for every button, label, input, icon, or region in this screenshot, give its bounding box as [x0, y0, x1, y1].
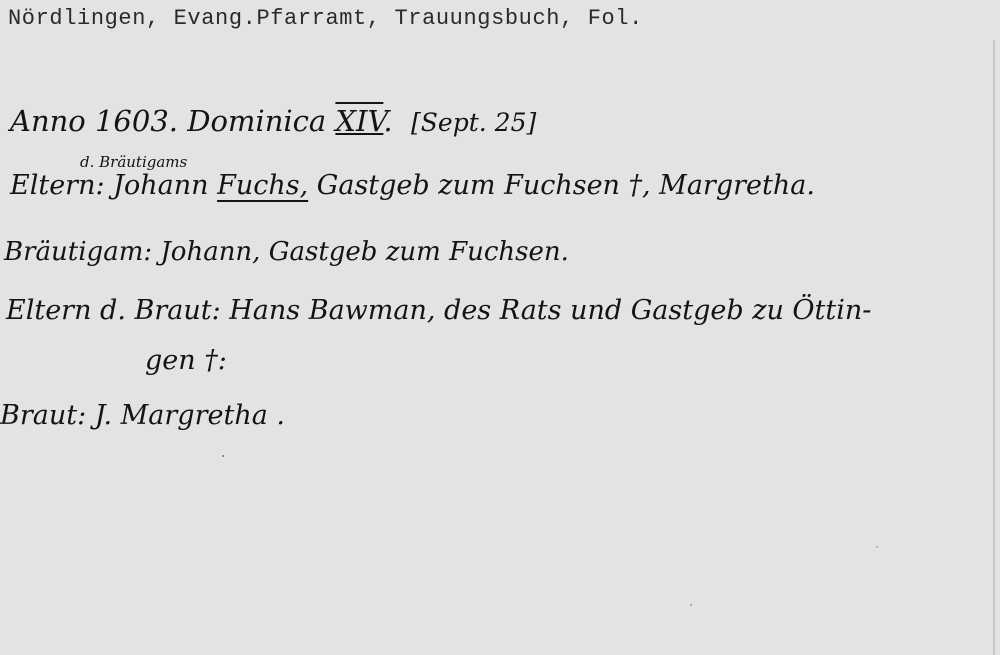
dominica-label: Dominica	[187, 104, 326, 138]
ink-speck	[222, 455, 224, 457]
ink-speck	[876, 546, 878, 548]
bride-line: Braut: J. Margretha .	[0, 400, 285, 431]
groom-line: Bräutigam: Johann, Gastgeb zum Fuchsen.	[4, 237, 569, 267]
bride-parents-continuation: gen †:	[145, 345, 227, 376]
father-surname: Fuchs,	[217, 170, 308, 201]
entry-date-line: Anno 1603. Dominica XIV. [Sept. 25]	[10, 104, 536, 138]
groom-parents-line: Eltern: Johann Fuchs, Gastgeb zum Fuchse…	[10, 170, 815, 201]
ink-speck	[690, 604, 692, 606]
typed-header: Nördlingen, Evang.Pfarramt, Trauungsbuch…	[8, 6, 643, 31]
groom-parents-note: d. Bräutigams	[80, 153, 187, 171]
parents-label: Eltern:	[10, 170, 105, 201]
anno-year: Anno 1603.	[10, 104, 178, 138]
card-edge	[993, 40, 995, 655]
dot: .	[383, 104, 392, 138]
sunday-numeral: XIV	[335, 104, 383, 138]
bride-parents-line: Eltern d. Braut: Hans Bawman, des Rats u…	[6, 295, 871, 326]
index-card: Nördlingen, Evang.Pfarramt, Trauungsbuch…	[0, 0, 1000, 655]
father-details: Gastgeb zum Fuchsen †, Margretha.	[317, 170, 815, 201]
father-given-name: Johann	[113, 170, 208, 201]
bracketed-date: [Sept. 25]	[411, 108, 536, 137]
